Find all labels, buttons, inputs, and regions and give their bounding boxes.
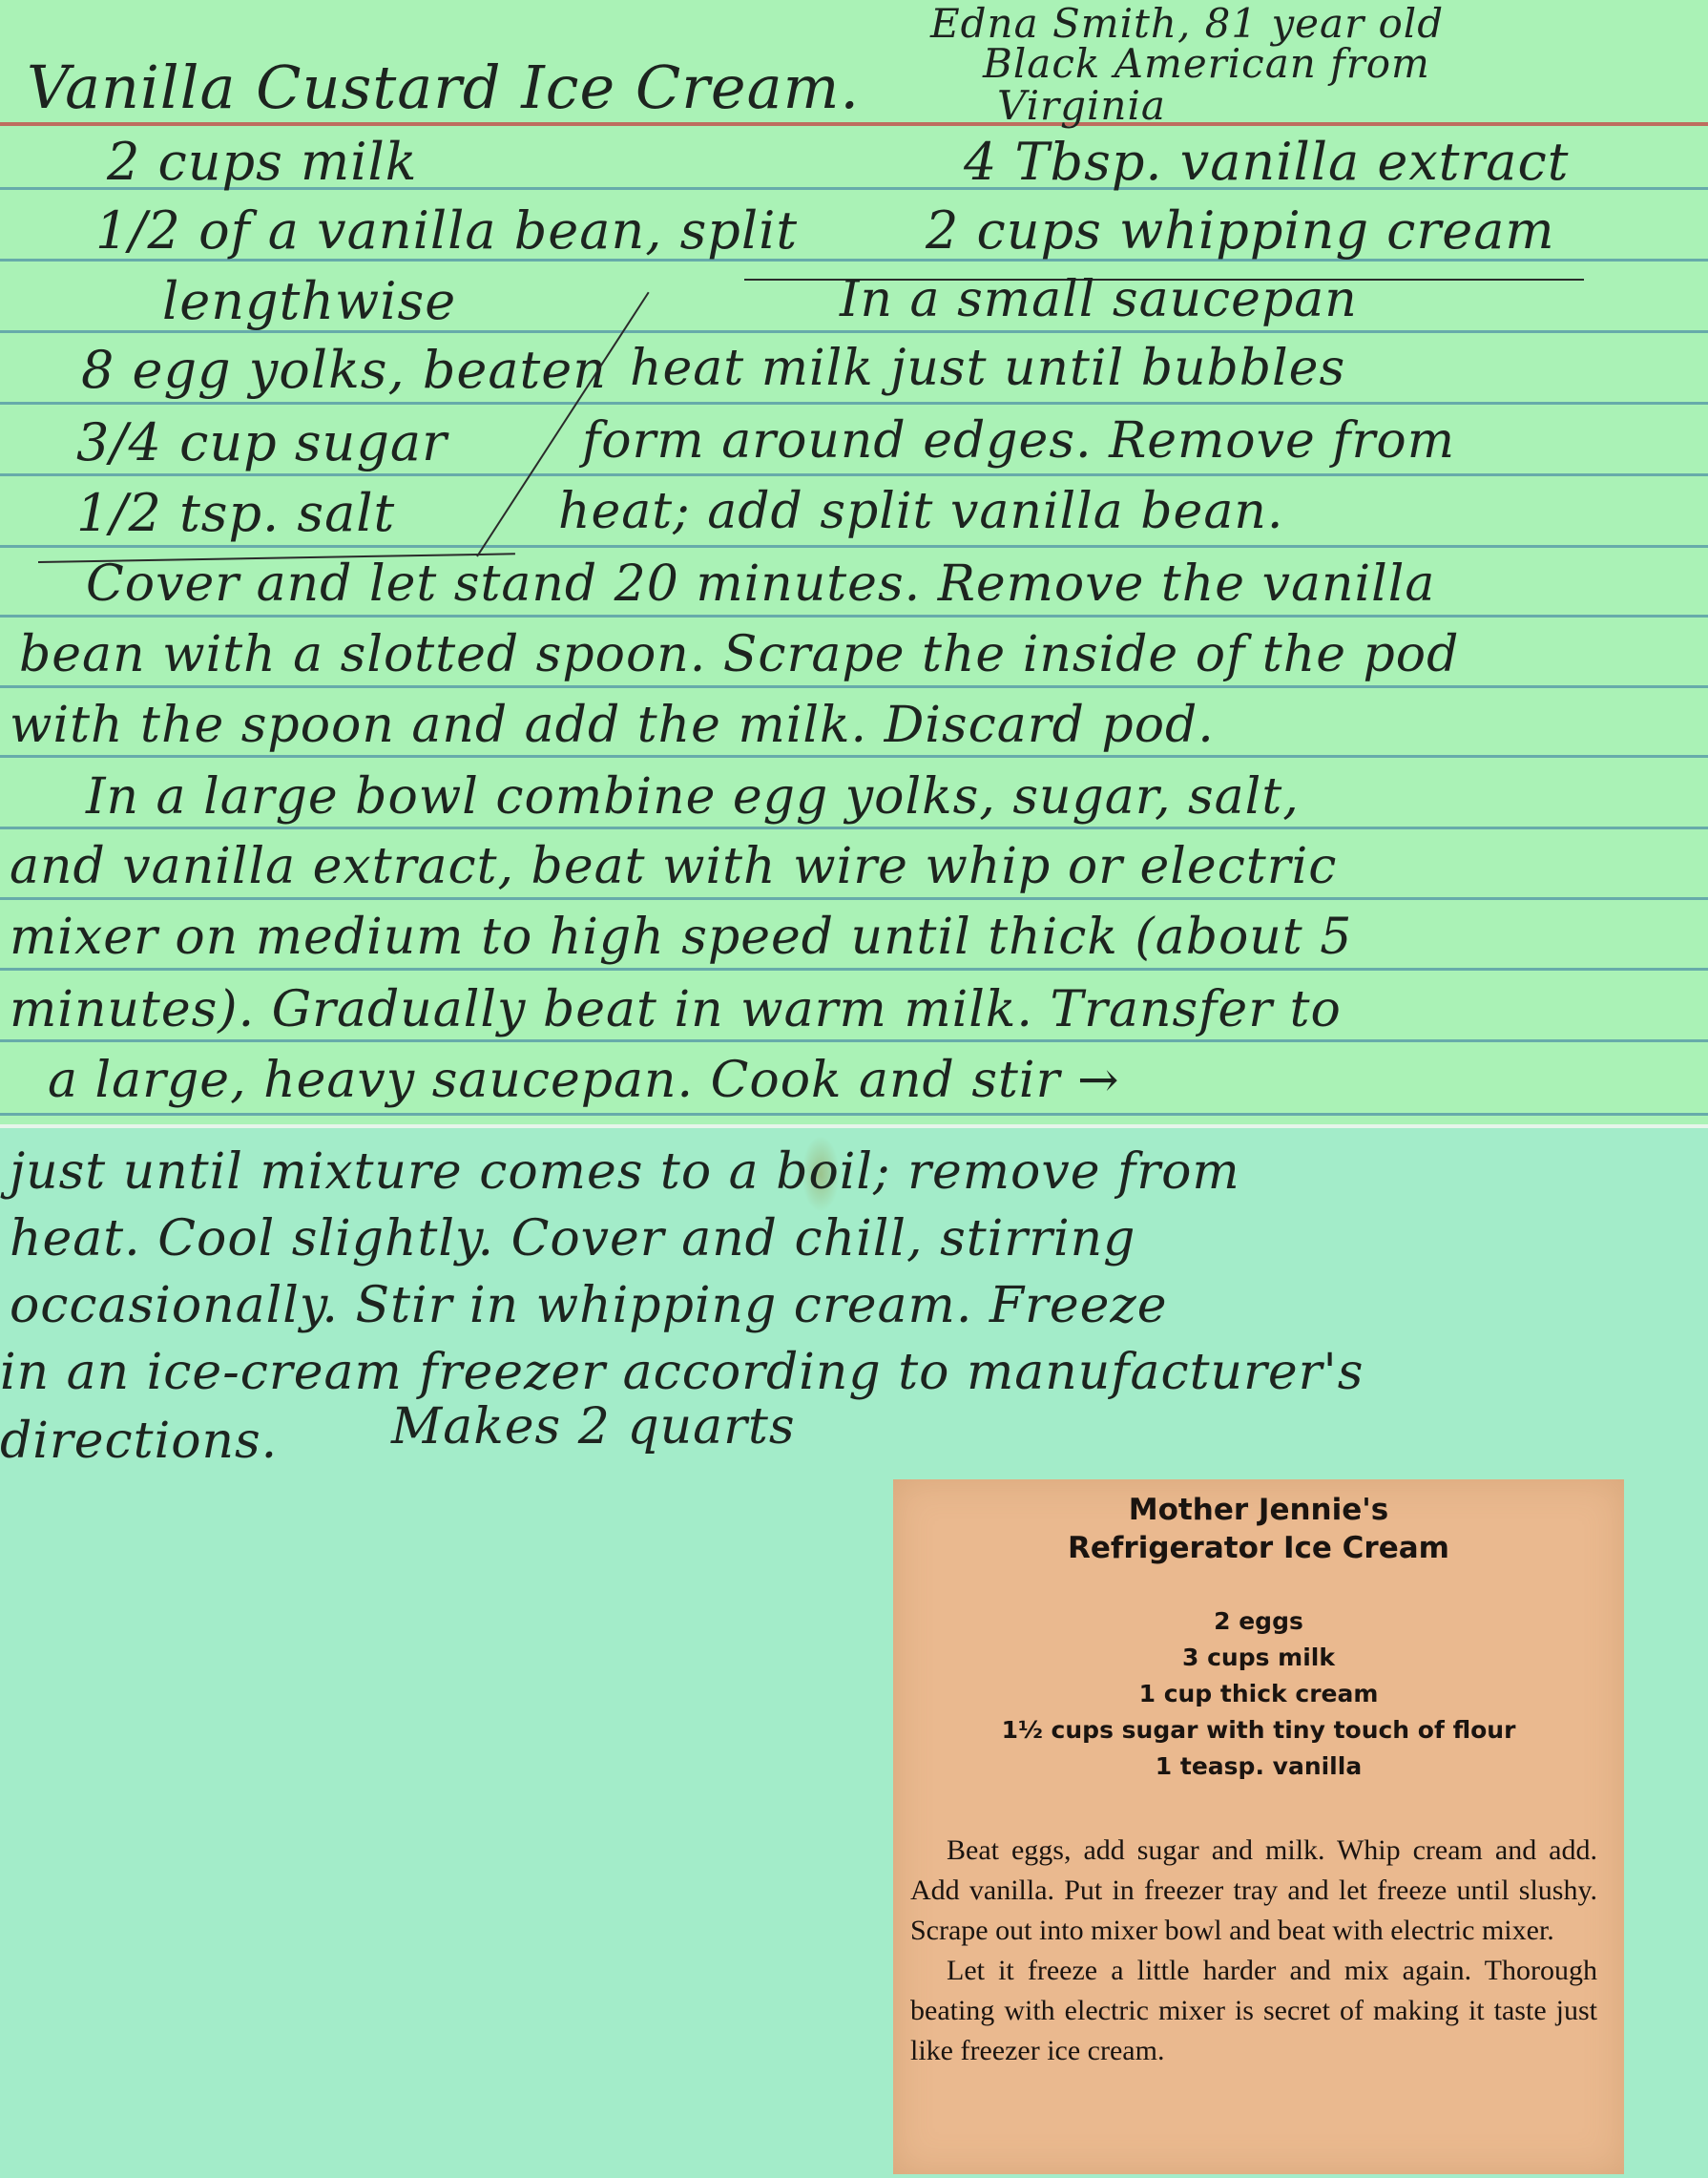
instruction-line: with the spoon and add the milk. Discard… xyxy=(10,697,1215,754)
instruction-line: heat. Cool slightly. Cover and chill, st… xyxy=(10,1210,1135,1267)
clipping-paragraph: Beat eggs, add sugar and milk. Whip crea… xyxy=(910,1831,1597,1951)
header-rule-red xyxy=(0,122,1708,126)
clipping-ingredient: 1 teasp. vanilla xyxy=(893,1749,1624,1785)
ruled-line xyxy=(0,545,1708,548)
clipping-directions: Beat eggs, add sugar and milk. Whip crea… xyxy=(910,1831,1597,2071)
clipping-title-line2: Refrigerator Ice Cream xyxy=(893,1529,1624,1567)
instruction-line: minutes). Gradually beat in warm milk. T… xyxy=(10,981,1342,1038)
clipping-title-line1: Mother Jennie's xyxy=(893,1491,1624,1529)
clipping-ingredient: 1½ cups sugar with tiny touch of flour xyxy=(893,1712,1624,1749)
ruled-line xyxy=(0,473,1708,476)
instruction-line: occasionally. Stir in whipping cream. Fr… xyxy=(10,1277,1168,1334)
ingredient-item: lengthwise xyxy=(162,271,456,331)
ruled-line xyxy=(0,755,1708,758)
clipping-ingredients: 2 eggs 3 cups milk 1 cup thick cream 1½ … xyxy=(893,1603,1624,1785)
clipping-ingredient: 1 cup thick cream xyxy=(893,1676,1624,1712)
instruction-line: in an ice-cream freezer according to man… xyxy=(0,1344,1364,1401)
ingredient-item: 2 cups milk xyxy=(107,132,417,192)
ingredient-item: 8 egg yolks, beaten xyxy=(81,340,607,400)
ingredient-item: 2 cups whipping cream xyxy=(926,200,1555,261)
instruction-line: In a small saucepan xyxy=(840,271,1358,328)
ruled-line xyxy=(0,968,1708,971)
ruled-line xyxy=(0,897,1708,900)
ruled-line xyxy=(0,1113,1708,1116)
clipping-ingredient: 3 cups milk xyxy=(893,1640,1624,1676)
instruction-line: heat milk just until bubbles xyxy=(630,340,1345,397)
clipping-ingredient: 2 eggs xyxy=(893,1603,1624,1640)
ruled-line xyxy=(0,685,1708,688)
recipe-card-top: Vanilla Custard Ice Cream. Edna Smith, 8… xyxy=(0,0,1708,1124)
instruction-line: directions. xyxy=(0,1413,278,1470)
ruled-line xyxy=(0,1039,1708,1042)
instruction-line: heat; add split vanilla bean. xyxy=(558,483,1283,540)
instruction-line: and vanilla extract, beat with wire whip… xyxy=(10,838,1337,895)
instruction-line: form around edges. Remove from xyxy=(582,412,1455,470)
recipe-title: Vanilla Custard Ice Cream. xyxy=(27,52,860,122)
clipping-paragraph: Let it freeze a little harder and mix ag… xyxy=(910,1951,1597,2071)
attribution-line: Black American from xyxy=(983,40,1430,87)
instruction-line: just until mixture comes to a boil; remo… xyxy=(10,1143,1240,1201)
ingredient-item: 3/4 cup sugar xyxy=(76,412,448,472)
ruled-line xyxy=(0,402,1708,405)
instruction-line: mixer on medium to high speed until thic… xyxy=(10,909,1352,966)
ingredient-item: 1/2 tsp. salt xyxy=(76,483,395,543)
instruction-line: bean with a slotted spoon. Scrape the in… xyxy=(19,626,1459,683)
ingredient-item: 1/2 of a vanilla bean, split xyxy=(95,200,798,261)
instruction-line: In a large bowl combine egg yolks, sugar… xyxy=(86,768,1300,826)
ingredient-item: 4 Tbsp. vanilla extract xyxy=(964,132,1569,192)
instruction-line: a large, heavy saucepan. Cook and stir → xyxy=(48,1052,1120,1109)
newspaper-clipping: Mother Jennie's Refrigerator Ice Cream 2… xyxy=(893,1479,1624,2174)
instruction-line: Cover and let stand 20 minutes. Remove t… xyxy=(86,555,1435,613)
attribution-line: Virginia xyxy=(997,82,1166,129)
ruled-line xyxy=(0,615,1708,618)
yield-note: Makes 2 quarts xyxy=(391,1398,796,1455)
ruled-line xyxy=(0,827,1708,829)
